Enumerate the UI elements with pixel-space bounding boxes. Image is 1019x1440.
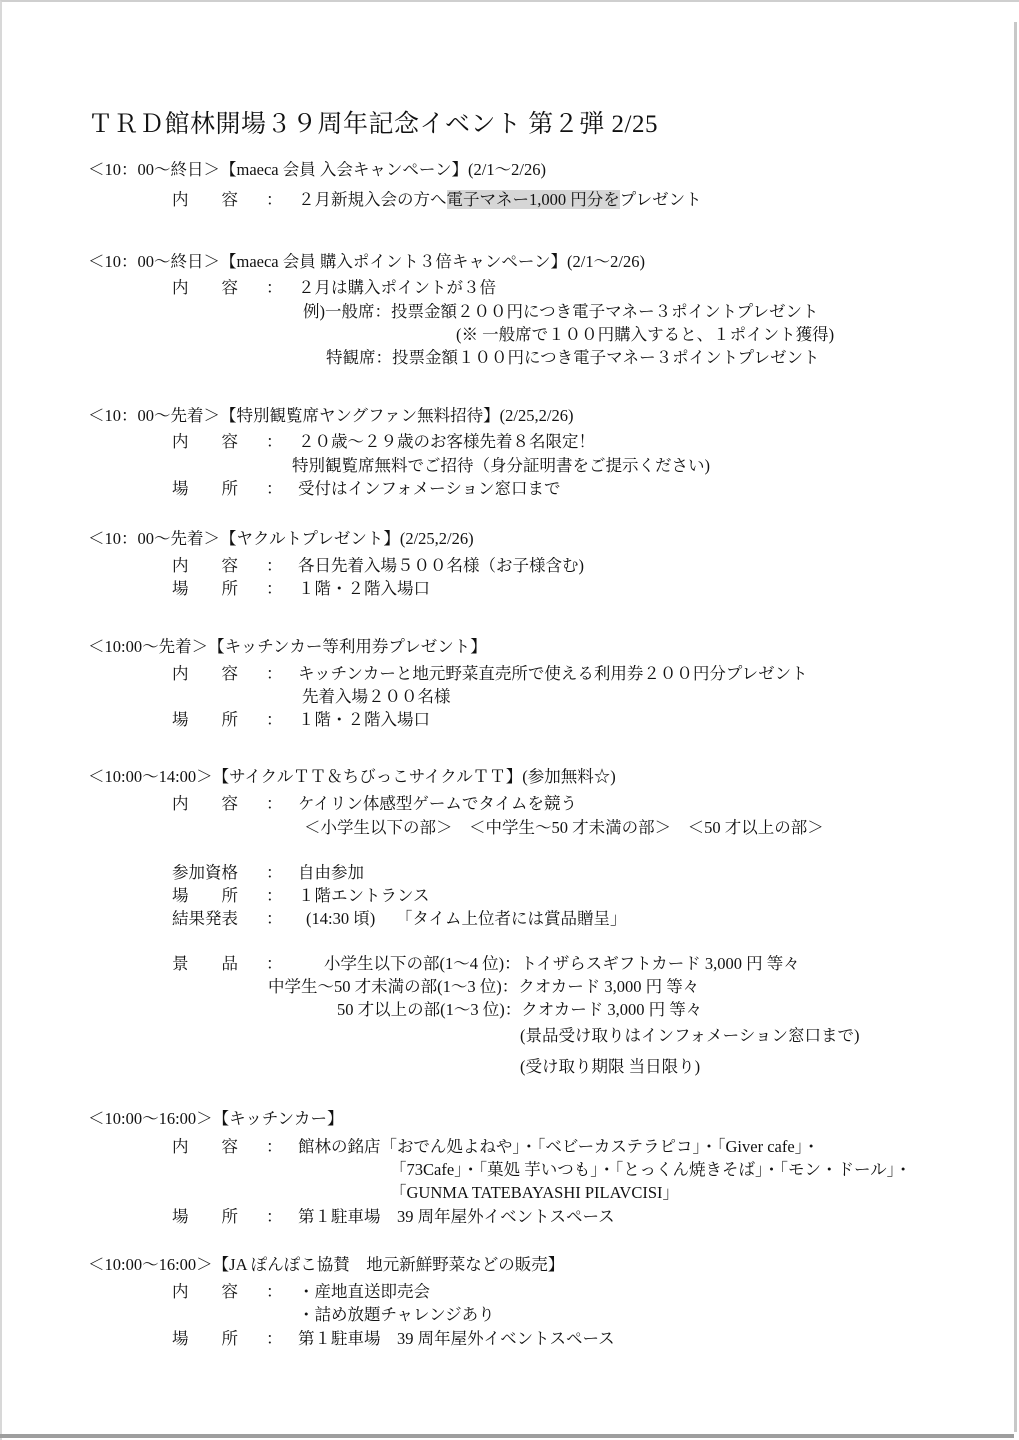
row-colon: ：: [266, 555, 283, 577]
section-heading: ＜10:00〜14:00＞【サイクルＴＴ＆ちびっこサイクルＴＴ】(参加無料☆): [88, 766, 616, 788]
row-text: １階・２階入場口: [298, 709, 430, 731]
section-heading: ＜10:00〜16:00＞【JA ぽんぽこ協賛 地元新鮮野菜などの販売】: [88, 1254, 564, 1276]
row-colon: ：: [266, 793, 283, 815]
row-text: 受付はインフォメーション窓口まで: [298, 478, 561, 500]
row-text: 小学生以下の部(1〜4 位)：トイザらスギフトカード 3,000 円 等々: [324, 953, 800, 975]
row-text: ・詰め放題チャレンジあり: [298, 1304, 495, 1326]
row-label: 場 所: [172, 578, 238, 600]
row-text-after: プレゼント: [620, 190, 702, 209]
row-text: 第１駐車場 39 周年屋外イベントスペース: [298, 1328, 615, 1350]
section-heading: ＜10：00〜先着＞【特別観覧席ヤングファン無料招待】(2/25,2/26): [88, 405, 573, 427]
row-label: 場 所: [172, 709, 238, 731]
section-heading: ＜10:00〜16:00＞【キッチンカー】: [88, 1108, 344, 1130]
row-text: 各日先着入場５００名様（お子様含む): [298, 555, 584, 577]
row-label: 内 容: [172, 555, 238, 577]
row-colon: ：: [266, 1136, 283, 1158]
row-text: 自由参加: [298, 862, 364, 884]
row-text: 特観席：投票金額１００円につき電子マネー３ポイントプレゼント: [326, 347, 820, 369]
row-text: ２０歳〜２９歳のお客様先着８名限定！: [298, 431, 595, 453]
row-text: ・産地直送即売会: [298, 1281, 430, 1303]
row-label: 場 所: [172, 478, 238, 500]
page-edge-right: [1014, 22, 1017, 1432]
row-label: 内 容: [172, 1136, 238, 1158]
row-text: キッチンカーと地元野菜直売所で使える利用券２００円分プレゼント: [298, 663, 808, 685]
row-text: 先着入場２００名様: [302, 686, 451, 708]
row-label: 場 所: [172, 1328, 238, 1350]
row-colon: ：: [266, 1206, 283, 1228]
row-colon: ：: [266, 862, 283, 884]
row-text-before: ２月新規入会の方へ: [298, 190, 447, 209]
row-colon: ：: [266, 1281, 283, 1303]
section-heading: ＜10：00〜終日＞【maeca 会員 購入ポイント３倍キャンペーン】(2/1〜…: [88, 251, 645, 273]
row-text: 「73Cafe」・「菓処 芋いつも」・「とっくん焼きそば」・「モン・ドール」・: [390, 1159, 911, 1181]
row-colon: ：: [266, 953, 283, 975]
document-title: ＴＲＤ館林開場３９周年記念イベント 第２弾 2/25: [88, 108, 658, 142]
row-text: 第１駐車場 39 周年屋外イベントスペース: [298, 1206, 615, 1228]
row-label: 参加資格: [172, 862, 238, 884]
row-colon: ：: [266, 431, 283, 453]
row-text: 50 才以上の部(1〜3 位)：クオカード 3,000 円 等々: [337, 999, 702, 1021]
row-text: １階エントランス: [298, 885, 430, 907]
row-text: ケイリン体感型ゲームでタイムを競う: [298, 793, 577, 815]
row-label: 場 所: [172, 1206, 238, 1228]
row-label: 内 容: [172, 663, 238, 685]
row-colon: ：: [266, 663, 283, 685]
row-text: 中学生〜50 才未満の部(1〜3 位)：クオカード 3,000 円 等々: [268, 976, 699, 998]
row-text: (※ 一般席で１００円購入すると、１ポイント獲得): [456, 324, 834, 346]
row-text: (受け取り期限 当日限り): [520, 1056, 700, 1078]
row-text: 例)一般席：投票金額２００円につき電子マネー３ポイントプレゼント: [303, 301, 819, 323]
section-heading: ＜10：00〜終日＞【maeca 会員 入会キャンペーン】(2/1〜2/26): [88, 159, 546, 181]
row-colon: ：: [266, 277, 283, 299]
row-label: 内 容: [172, 793, 238, 815]
row-label: 内 容: [172, 431, 238, 453]
row-colon: ：: [266, 478, 283, 500]
row-colon: ：: [266, 578, 283, 600]
row-text: 特別観覧席無料でご招待（身分証明書をご提示ください): [292, 455, 710, 477]
row-text: 「GUNMA TATEBAYASHI PILAVCISI」: [390, 1182, 679, 1204]
row-label: 内 容: [172, 1281, 238, 1303]
row-label: 結果発表: [172, 908, 238, 930]
section-heading: ＜10:00〜先着＞【キッチンカー等利用券プレゼント】: [88, 636, 487, 658]
row-colon: ：: [266, 189, 283, 211]
row-text: １階・２階入場口: [298, 578, 430, 600]
row-colon: ：: [266, 1328, 283, 1350]
section-heading: ＜10：00〜先着＞【ヤクルトプレゼント】(2/25,2/26): [88, 528, 474, 550]
row-text: (景品受け取りはインフォメーション窓口まで): [520, 1025, 860, 1047]
row-colon: ：: [266, 885, 283, 907]
row-text: ２月新規入会の方へ電子マネー1,000 円分をプレゼント: [298, 189, 702, 211]
row-label: 景 品: [172, 953, 238, 975]
row-colon: ：: [266, 709, 283, 731]
row-label: 内 容: [172, 277, 238, 299]
row-label: 内 容: [172, 189, 238, 211]
row-text: ２月は購入ポイントが３倍: [298, 277, 496, 299]
row-text: ＜小学生以下の部＞ ＜中学生〜50 才未満の部＞ ＜50 才以上の部＞: [304, 817, 824, 839]
row-text: 館林の銘店「おでん処よねや」・「ベビーカステラピコ」・「Giver cafe」・: [298, 1136, 819, 1158]
page-edge-bottom: [0, 1434, 1014, 1438]
row-text: (14:30 頃) 「タイム上位者には賞品贈呈」: [306, 908, 627, 930]
row-label: 場 所: [172, 885, 238, 907]
highlighted-text: 電子マネー1,000 円分を: [447, 190, 620, 209]
row-colon: ：: [266, 908, 283, 930]
